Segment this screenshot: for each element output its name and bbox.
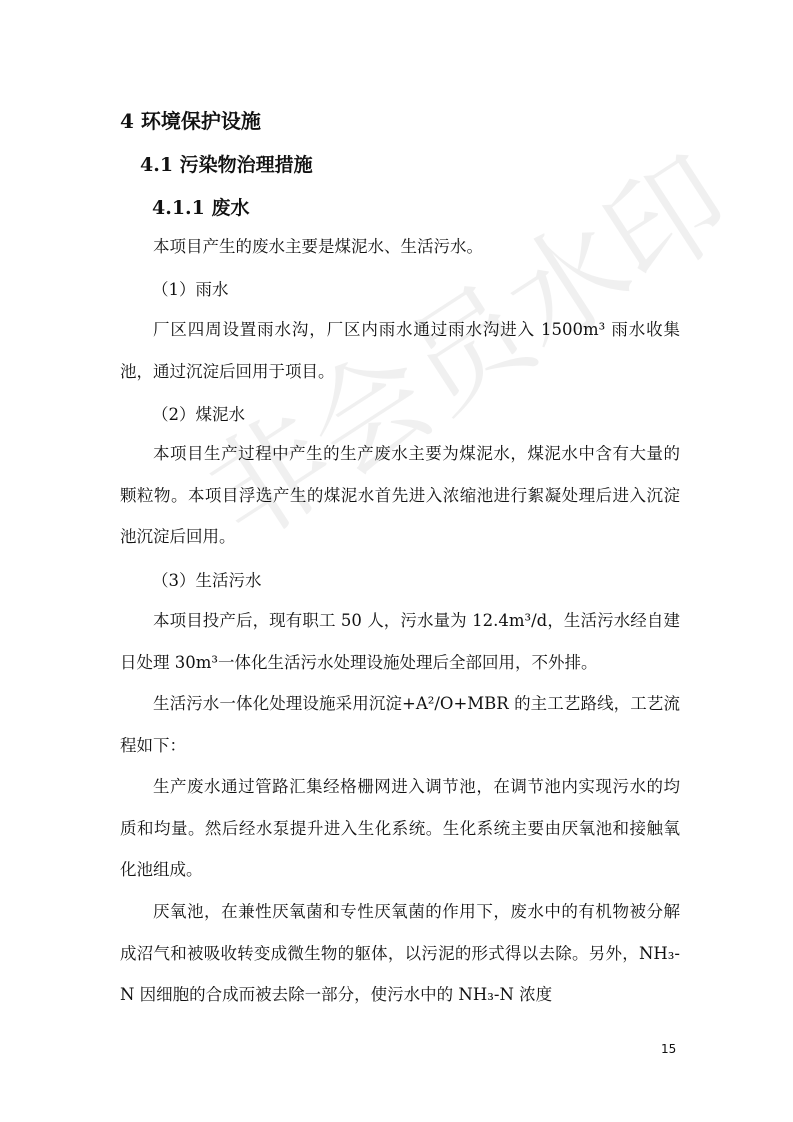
paragraph-flow: 生产废水通过管路汇集经格栅网进入调节池，在调节池内实现污水的均质和均量。然后经水… (120, 766, 680, 891)
document-page: 非会员水印 4 环境保护设施 4.1 污染物治理措施 4.1.1 废水 本项目产… (0, 0, 793, 1122)
paragraph-anaerobic: 厌氧池，在兼性厌氧菌和专性厌氧菌的作用下，废水中的有机物被分解成沼气和被吸收转变… (120, 891, 680, 1016)
subheading-domestic: （3）生活污水 (152, 567, 262, 591)
heading-section-4-1-1: 4.1.1 废水 (152, 193, 250, 220)
paragraph-intro: 本项目产生的废水主要是煤泥水、生活污水。 (120, 226, 680, 268)
paragraph-domestic-2: 生活污水一体化处理设施采用沉淀+A²/O+MBR 的主工艺路线，工艺流程如下： (120, 683, 680, 766)
paragraph-domestic-1: 本项目投产后，现有职工 50 人，污水量为 12.4m³/d，生活污水经自建日处… (120, 600, 680, 683)
page-number: 15 (661, 1042, 676, 1056)
subheading-coal-slurry: （2）煤泥水 (152, 401, 245, 425)
heading-section-4-1: 4.1 污染物治理措施 (140, 150, 313, 177)
paragraph-coal-slurry: 本项目生产过程中产生的生产废水主要为煤泥水，煤泥水中含有大量的颗粒物。本项目浮选… (120, 433, 680, 558)
subheading-rain: （1）雨水 (152, 276, 229, 300)
heading-section-4: 4 环境保护设施 (120, 105, 261, 134)
paragraph-rain: 厂区四周设置雨水沟，厂区内雨水通过雨水沟进入 1500m³ 雨水收集池，通过沉淀… (120, 309, 680, 392)
